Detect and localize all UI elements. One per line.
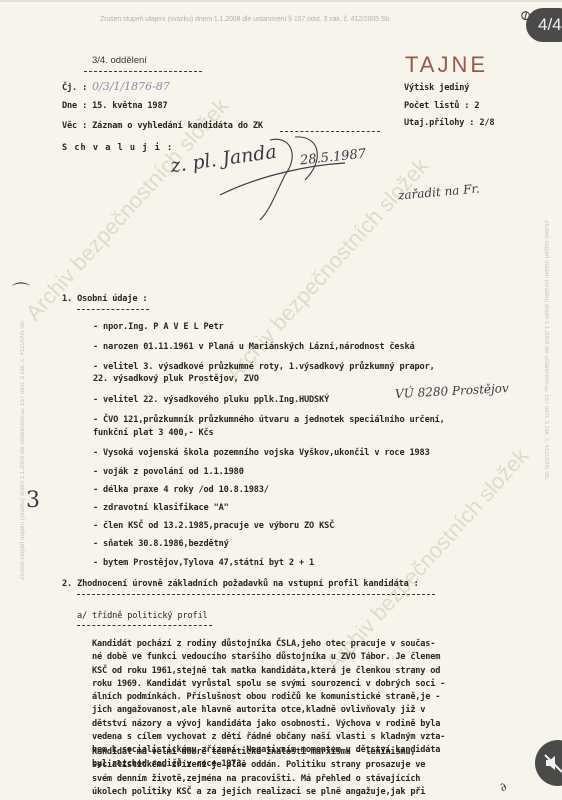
department-label: 3/4. oddělení [92, 55, 147, 66]
reference-label: Čj. : [62, 83, 87, 93]
personal-item: - npor.Ing. P A V E L Petr [93, 322, 224, 332]
subheading-underline [77, 625, 212, 626]
handwritten-unit-note: VÚ 8280 Prostějov [395, 381, 509, 401]
margin-number-mark: 3 [26, 488, 40, 513]
approve-label: S ch v a l u j i : [62, 143, 173, 153]
personal-item: - velitel 22. výsadkového pluku pplk.Ing… [93, 395, 329, 405]
personal-item: - bytem Prostějov,Tylova 47,státní byt 2… [93, 558, 314, 568]
date-line: Dne : 15. května 1987 [62, 101, 168, 111]
section1-heading: 1. Osobní údaje : [62, 294, 147, 304]
classified-attachments: Utaj.přílohy : 2/8 [404, 118, 494, 128]
personal-item: - narozen 01.11.1961 v Planá u Mariánský… [93, 342, 415, 352]
document-page: Zrušen stupeň utajení (svazku) dnem 1.1.… [0, 0, 562, 800]
corner-scribble-mark: ∂ [497, 779, 509, 794]
section1-underline [77, 309, 149, 310]
margin-bracket-mark: ⌒ [12, 278, 30, 304]
speaker-muted-icon [543, 752, 562, 774]
section2-underline [77, 594, 435, 595]
divider [84, 71, 202, 72]
section2-heading: 2. Zhodnocení úrovně základních požadavk… [62, 579, 419, 589]
page-edge [0, 0, 562, 2]
declassification-note: Zrušen stupeň utajení (svazku) dnem 1.1.… [100, 16, 430, 23]
personal-item: - zdravotní klasifikace "A" [93, 503, 229, 513]
signature-stroke [200, 135, 350, 225]
sheet-count: Počet listů : 2 [404, 101, 479, 111]
personal-item: - velitel 3. výsadkové průzkumné roty, 1… [93, 362, 435, 372]
personal-item: - sňatek 30.8.1986,bezdětný [93, 539, 229, 549]
ideology-paragraph: Kandidát má velmi dobré teoretické znalo… [92, 746, 492, 799]
personal-item: funkční plat 3 400,- Kčs [93, 428, 214, 438]
subject-underline [280, 131, 380, 132]
reference-number: 0/3/1/1876-87 [92, 80, 170, 93]
personal-item: - ČVO 121,průzkumník průzkumného útvaru … [93, 415, 445, 425]
side-stamp-right: Zrušen stupeň utajení (svazku) dnem 1.1.… [541, 220, 549, 580]
personal-item: - délka praxe 4 roky /od 10.8.1983/ [93, 485, 269, 495]
page-indicator-badge: 4/4 [526, 8, 562, 42]
section2-subheading: a/ třídně politický profil [77, 611, 208, 621]
personal-item: 22. výsadkový pluk Prostějov, ZVO [93, 374, 259, 384]
side-stamp-left: Zrušen stupeň utajení (svazku) dnem 1.1.… [20, 220, 28, 580]
classification-stamp: TAJNE [405, 52, 488, 78]
subject-line: Věc : Záznam o vyhledání kandidáta do ZK [62, 121, 263, 131]
personal-item: - člen KSČ od 13.2.1985,pracuje ve výbor… [93, 521, 334, 531]
handwritten-note: zařadit na Fr. [398, 181, 481, 202]
personal-item: - voják z povolání od 1.1.1980 [93, 467, 244, 477]
personal-item: - Vysoká vojenská škola pozemního vojska… [93, 448, 430, 458]
copy-info: Výtisk jediný [404, 83, 469, 93]
